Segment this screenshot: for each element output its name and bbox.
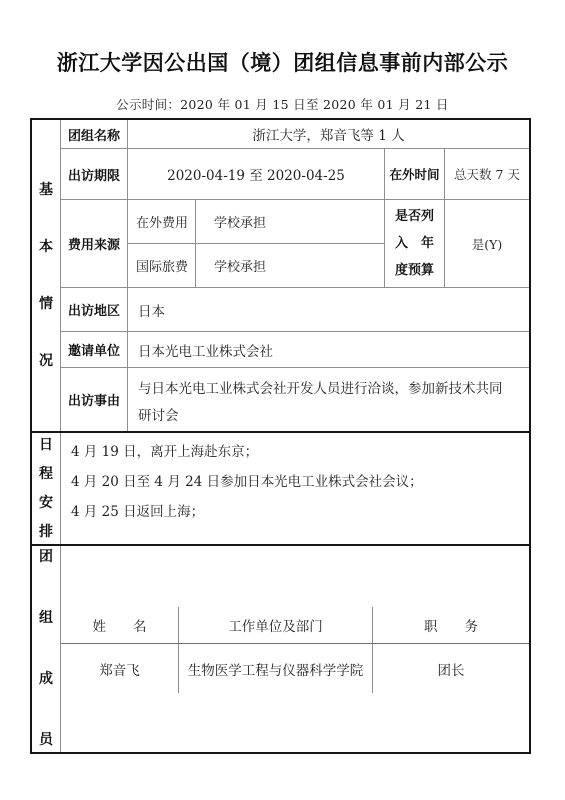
funding-label: 费用来源 xyxy=(61,200,128,287)
row-group-name: 团组名称 浙江大学，郑音飞等 1 人 xyxy=(61,120,529,149)
schedule-line: 4 月 25 日返回上海； xyxy=(71,497,517,527)
schedule-body: 4 月 19 日，离开上海赴东京； 4 月 20 日至 4 月 24 日参加日本… xyxy=(61,433,529,544)
section-basic-info: 基 本 情 况 团组名称 浙江大学，郑音飞等 1 人 出访期限 2020-04-… xyxy=(32,120,529,431)
members-data-row: 郑音飞 生物医学工程与仪器科学学院 团长 xyxy=(61,644,529,693)
budget-value: 是(Y) xyxy=(445,200,529,287)
inviter-value: 日本光电工业株式会社 xyxy=(128,332,529,367)
vlabel-char: 基 xyxy=(39,181,53,200)
member-role: 团长 xyxy=(373,644,529,693)
funding-item-abroad: 在外费用 学校承担 xyxy=(128,200,384,244)
section-label-members: 团 组 成 员 xyxy=(32,546,61,752)
funding-items: 在外费用 学校承担 国际旅费 学校承担 xyxy=(128,200,384,287)
funding-travel-label: 国际旅费 xyxy=(128,244,196,287)
row-inviter: 邀请单位 日本光电工业株式会社 xyxy=(61,332,529,368)
members-header-role: 职 务 xyxy=(373,607,529,643)
members-body: 姓 名 工作单位及部门 职 务 郑音飞 生物医学工程与仪器科学学院 团长 xyxy=(61,546,529,752)
document-page: 浙江大学因公出国（境）团组信息事前内部公示 公示时间：2020 年 01 月 1… xyxy=(0,0,565,800)
row-visit-period: 出访期限 2020-04-19 至 2020-04-25 在外时间 总天数 7 … xyxy=(61,149,529,200)
info-table: 基 本 情 况 团组名称 浙江大学，郑音飞等 1 人 出访期限 2020-04-… xyxy=(30,118,531,754)
schedule-line: 4 月 19 日，离开上海赴东京； xyxy=(71,437,517,467)
section-label-schedule: 日 程 安 排 xyxy=(32,433,61,544)
budget-label: 是否列 入 年 度预算 xyxy=(384,200,445,287)
vlabel-char: 程 xyxy=(39,465,53,484)
region-value: 日本 xyxy=(128,288,529,331)
vlabel-char: 安 xyxy=(39,494,53,513)
members-header-unit: 工作单位及部门 xyxy=(178,607,373,643)
basic-info-body: 团组名称 浙江大学，郑音飞等 1 人 出访期限 2020-04-19 至 202… xyxy=(61,120,529,431)
members-table: 姓 名 工作单位及部门 职 务 郑音飞 生物医学工程与仪器科学学院 团长 xyxy=(61,607,529,693)
vlabel-char: 组 xyxy=(39,609,53,628)
members-header-name: 姓 名 xyxy=(61,607,178,643)
funding-item-travel: 国际旅费 学校承担 xyxy=(128,244,384,287)
funding-abroad-label: 在外费用 xyxy=(128,200,196,243)
reason-value: 与日本光电工业株式会社开发人员进行洽谈，参加新技术共同研讨会 xyxy=(128,368,529,431)
vlabel-char: 情 xyxy=(39,295,53,314)
funding-abroad-value: 学校承担 xyxy=(196,200,384,243)
page-title: 浙江大学因公出国（境）团组信息事前内部公示 xyxy=(0,47,565,77)
visit-period-label: 出访期限 xyxy=(61,149,128,199)
time-abroad-label: 在外时间 xyxy=(384,149,445,199)
visit-period-value: 2020-04-19 至 2020-04-25 xyxy=(128,149,384,199)
vlabel-char: 排 xyxy=(39,523,53,542)
vlabel-char: 本 xyxy=(39,238,53,257)
section-label-basic: 基 本 情 况 xyxy=(32,120,61,431)
section-schedule: 日 程 安 排 4 月 19 日，离开上海赴东京； 4 月 20 日至 4 月 … xyxy=(32,431,529,544)
vlabel-char: 日 xyxy=(39,436,53,455)
vlabel-char: 况 xyxy=(39,352,53,371)
time-abroad-value: 总天数 7 天 xyxy=(445,149,529,199)
vlabel-char: 员 xyxy=(39,731,53,750)
reason-label: 出访事由 xyxy=(61,368,128,431)
row-region: 出访地区 日本 xyxy=(61,288,529,332)
vlabel-char: 成 xyxy=(39,670,53,689)
group-name-label: 团组名称 xyxy=(61,120,128,148)
row-reason: 出访事由 与日本光电工业株式会社开发人员进行洽谈，参加新技术共同研讨会 xyxy=(61,368,529,431)
region-label: 出访地区 xyxy=(61,288,128,331)
publish-time: 公示时间：2020 年 01 月 15 日至 2020 年 01 月 21 日 xyxy=(0,95,565,113)
row-funding: 费用来源 在外费用 学校承担 国际旅费 学校承担 是否列 入 年 度预算 是(Y… xyxy=(61,200,529,288)
funding-travel-value: 学校承担 xyxy=(196,244,384,287)
member-unit: 生物医学工程与仪器科学学院 xyxy=(178,644,373,693)
section-members: 团 组 成 员 姓 名 工作单位及部门 职 务 郑音飞 生物医学工程与仪器科学学… xyxy=(32,544,529,752)
group-name-value: 浙江大学，郑音飞等 1 人 xyxy=(128,120,529,148)
member-name: 郑音飞 xyxy=(61,644,178,693)
members-header-row: 姓 名 工作单位及部门 职 务 xyxy=(61,607,529,644)
inviter-label: 邀请单位 xyxy=(61,332,128,367)
schedule-line: 4 月 20 日至 4 月 24 日参加日本光电工业株式会社会议； xyxy=(71,467,517,497)
vlabel-char: 团 xyxy=(39,548,53,567)
